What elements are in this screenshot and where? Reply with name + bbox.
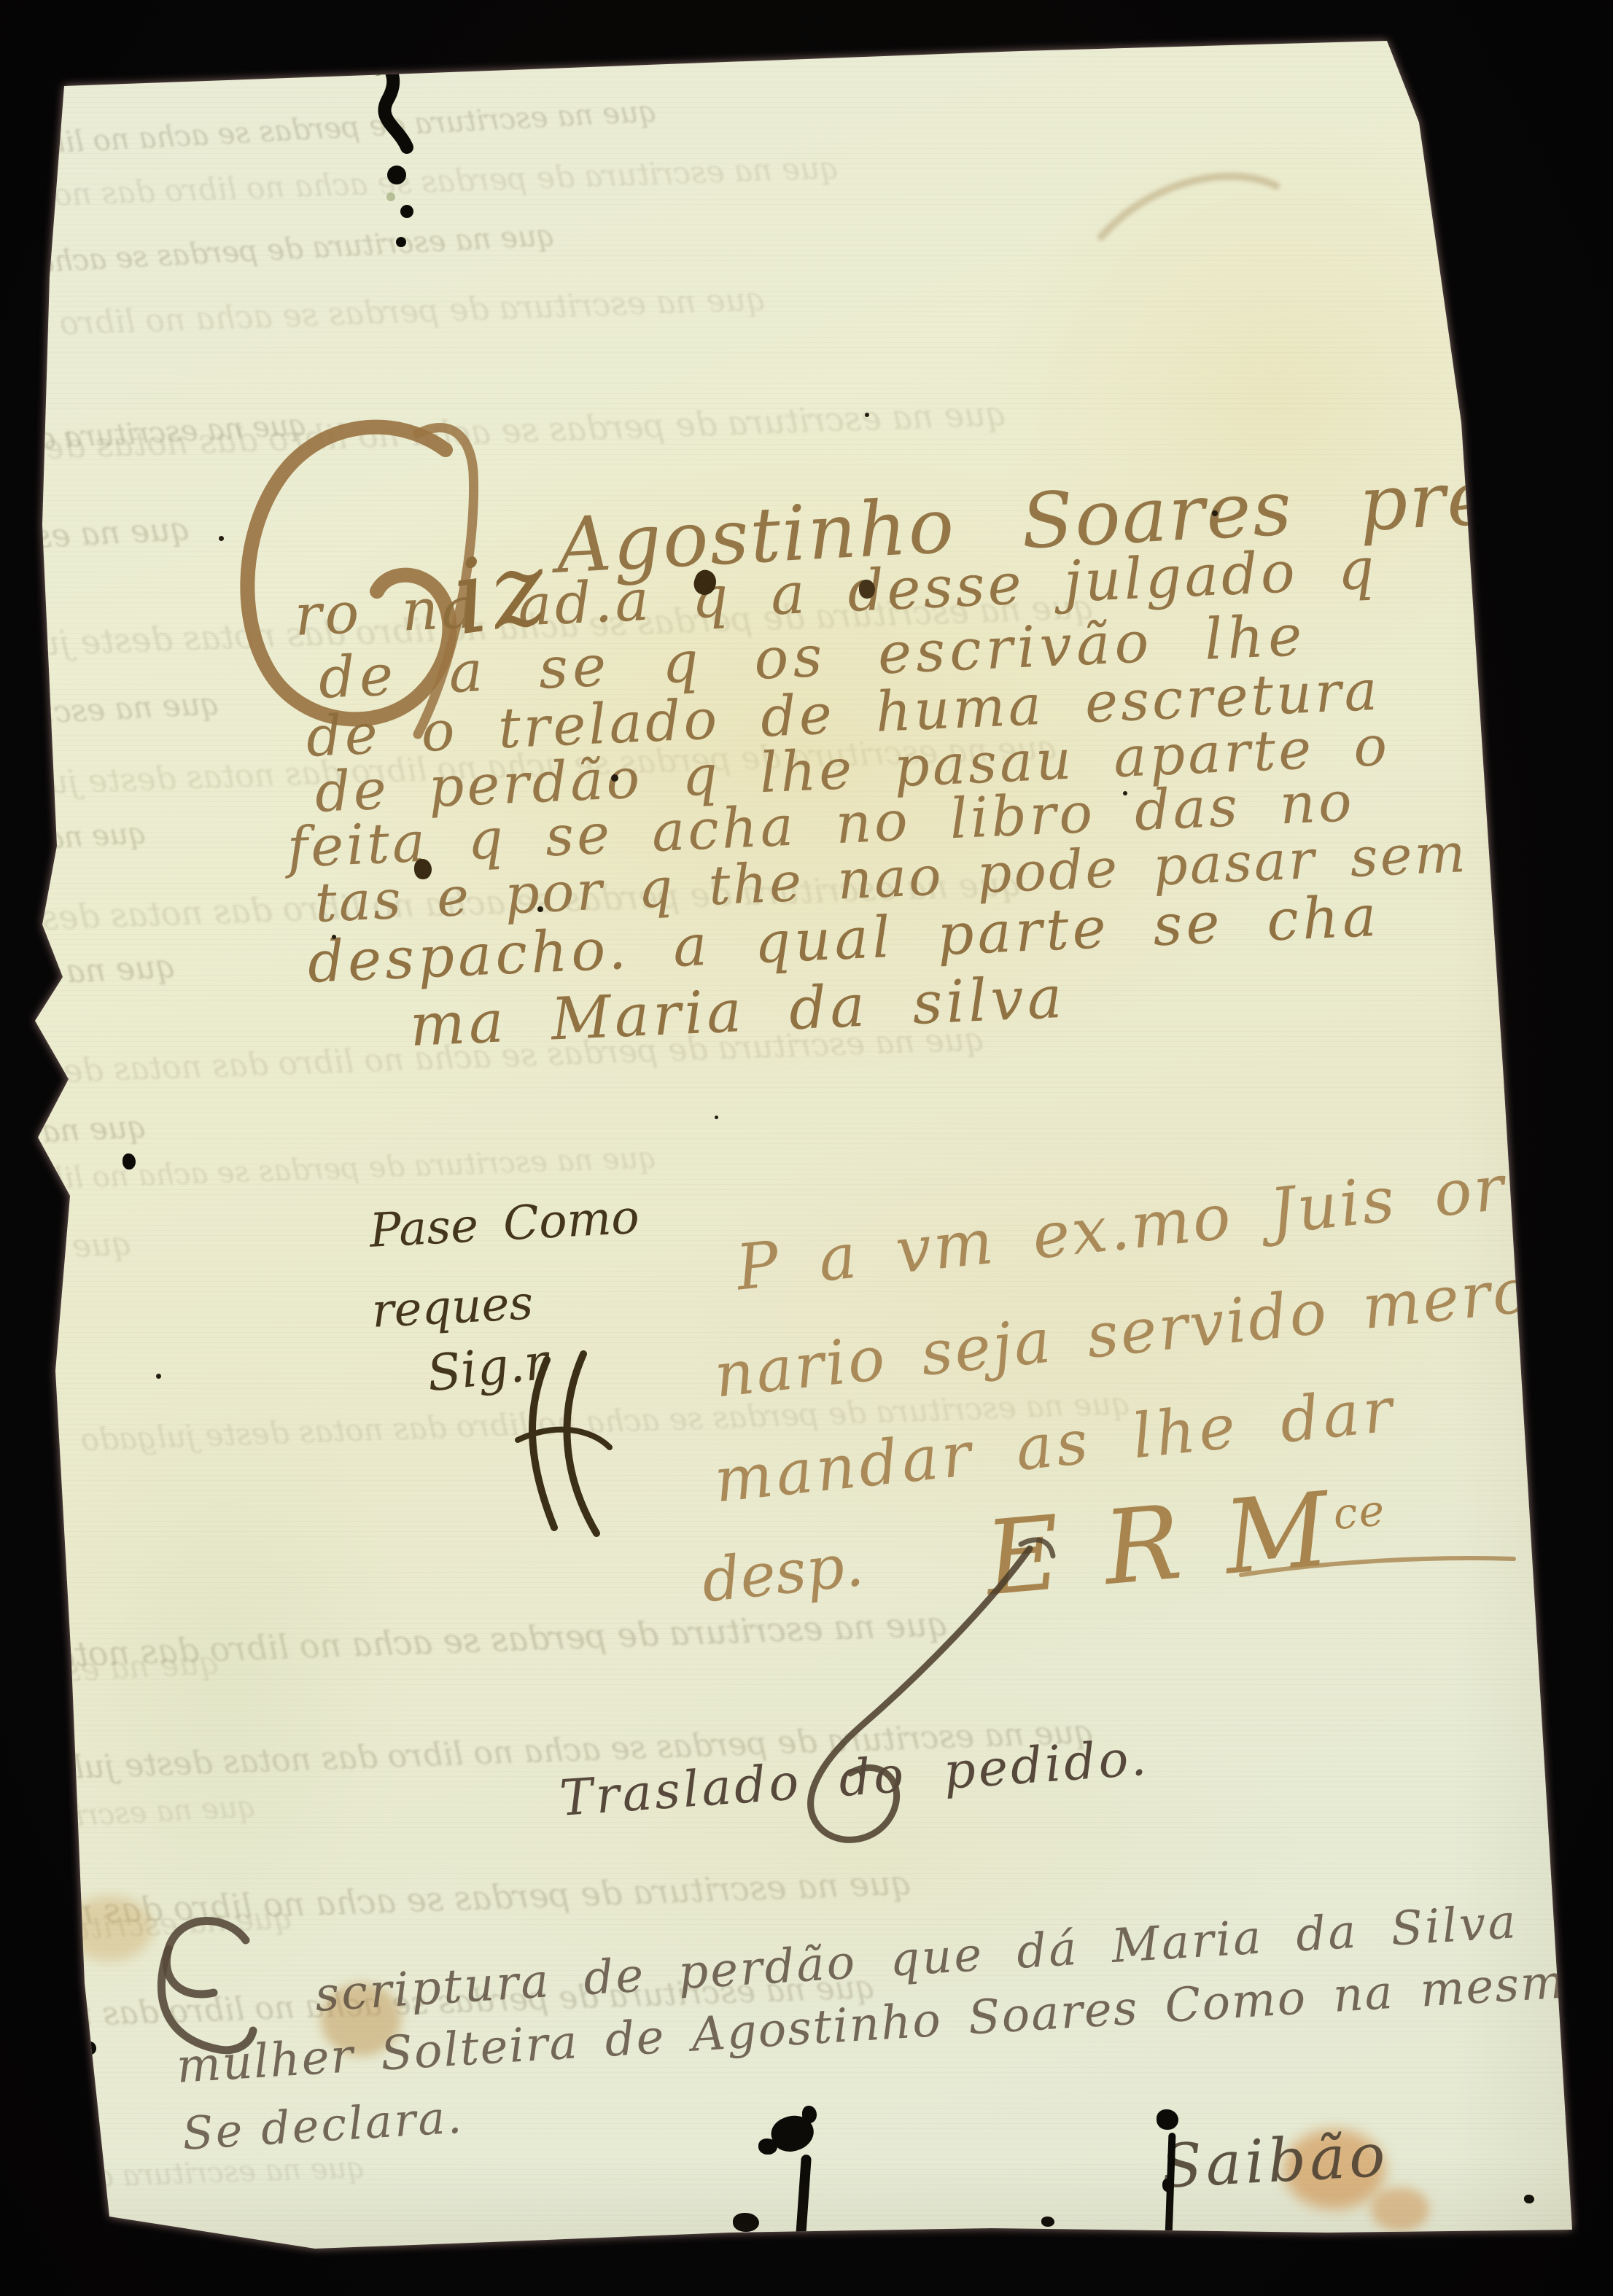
ink-speck xyxy=(1212,510,1218,516)
ghost-line: que na escritura de perdas se acha no li… xyxy=(0,1225,133,1320)
shadow-drip xyxy=(802,2106,817,2123)
ghost-line: que na escritura de perdas se acha no li… xyxy=(0,2151,366,2219)
shadow-drip xyxy=(1157,2109,1178,2130)
despacho-line: Pase Como xyxy=(368,1191,640,1258)
ink-speck xyxy=(219,536,224,541)
ghost-line: que na escritura de perdas se acha no li… xyxy=(0,1790,257,1876)
shadow-drip xyxy=(1162,2179,1173,2192)
despacho-line: reques xyxy=(370,1276,535,1338)
ink-blot xyxy=(414,859,432,879)
top-tear-ink-mark xyxy=(337,29,439,270)
ink-speck xyxy=(715,1116,718,1119)
ink-speck xyxy=(1123,791,1127,795)
ink-speck xyxy=(1501,971,1505,976)
worm-hole xyxy=(123,1153,136,1170)
docket-line: Se declara. xyxy=(181,2090,465,2160)
paper-wrap: que na escritura de perdas se acha no li… xyxy=(0,0,1613,2296)
scanned-manuscript-background: que na escritura de perdas se acha no li… xyxy=(0,0,1613,2296)
ink-speck xyxy=(537,906,543,912)
ghost-line: que na escritura de perdas se acha no li… xyxy=(0,281,767,357)
ghost-line: que na escritura de perdas se acha no li… xyxy=(0,394,1008,473)
stain-spot xyxy=(1371,2187,1429,2231)
ghost-line: que na escritura de perdas se acha no li… xyxy=(0,817,147,903)
edge-nub xyxy=(1524,2195,1534,2203)
ink-speck xyxy=(156,1374,161,1379)
ink-blot xyxy=(859,580,875,599)
docket-signature-word: Saibão xyxy=(1159,2121,1391,2202)
shadow-drip xyxy=(796,2155,812,2239)
shadow-drip xyxy=(758,2139,777,2155)
signature-rubric-icon xyxy=(503,1353,613,1535)
closing-formula-superscript: ce xyxy=(1331,1484,1387,1539)
corner-pen-squiggle xyxy=(1447,58,1535,211)
edge-nub xyxy=(733,2213,759,2232)
manuscript-page: que na escritura de perdas se acha no li… xyxy=(0,0,1613,2296)
ghost-line: que na escritura de perdas se acha no li… xyxy=(0,1644,221,1739)
ink-speck xyxy=(611,774,618,782)
ink-speck xyxy=(865,413,869,417)
ink-smear-arc xyxy=(1094,157,1283,252)
edge-nub xyxy=(1041,2217,1054,2227)
ghost-line: que na escritura de perdas se acha no li… xyxy=(0,948,177,1043)
worm-hole xyxy=(85,2042,96,2055)
ink-speck xyxy=(332,935,336,939)
ghost-line: que na escritura de perdas se acha no li… xyxy=(0,510,192,605)
closing-flourish-dash-icon xyxy=(1240,1552,1517,1581)
